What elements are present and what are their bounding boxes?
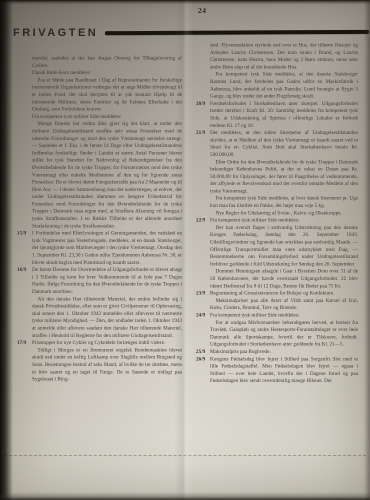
chronicle-entry: 23/9Begrænsning af Grossistavancen for B…	[196, 290, 358, 312]
entry-date: 17/9	[17, 340, 32, 384]
chronicle-entry: mandat, saaledes at der kan drages Omsor…	[17, 55, 182, 70]
entry-paragraph: Der kan overalt flages i sædvanlig Udstr…	[210, 224, 358, 268]
photo-edge-top	[0, 0, 370, 5]
entry-date: 16/9	[17, 267, 32, 340]
entry-paragraph: Nye Regler for Udskæring af Svine-, Kalv…	[210, 210, 358, 217]
chronicle-entry: 25/9Maksimalpris paa Boghvede.	[196, 348, 358, 355]
entry-body: De første Domme for Overtrædelse af Udga…	[32, 267, 182, 340]
entry-body: Fra kompetent tysk militær Side meddeles…	[210, 217, 358, 290]
entry-body: Færdselsforbudet i Storkøbenhavn atter s…	[210, 100, 358, 129]
entry-body: Kongens Fødselsdag blev fejret i Stilhed…	[210, 356, 358, 385]
entry-body: sted. Flyvemaskinen styrtede ned over et…	[210, 42, 358, 100]
masthead: FRIVAGTEN	[13, 26, 369, 39]
entry-body: Begrænsning af Grossistavancen for Bolsj…	[210, 290, 358, 312]
chronicle-entry: Dansk Røde Kors meddeler:Paa et Møde paa…	[17, 70, 182, 114]
chronicle-entry: sted. Flyvemaskinen styrtede ned over et…	[196, 42, 358, 100]
masthead-rule	[105, 30, 369, 35]
scan-scale-wrap: 24 FRIVAGTEN mandat, saaledes at der kan…	[0, 0, 370, 500]
left-column: mandat, saaledes at der kan drages Omsor…	[17, 55, 182, 383]
entry-date: 23/9	[196, 290, 210, 312]
entry-paragraph: Dansk Røde Kors meddeler:	[32, 70, 182, 77]
entry-paragraph: Paa et Møde paa Raadhuset i Dag af Repræ…	[32, 77, 182, 113]
entry-paragraph: Fra kompetent tysk militær Side meddeles…	[210, 312, 358, 319]
entry-paragraph: Færdselsforbudet i Storkøbenhavn atter s…	[210, 100, 358, 129]
paper-perforation-line	[4, 455, 366, 456]
entry-paragraph: mandat, saaledes at der kan drages Omsor…	[32, 55, 182, 70]
entry-date	[196, 42, 210, 100]
entry-body: Dansk Røde Kors meddeler:Paa et Møde paa…	[32, 70, 182, 114]
entry-paragraph: Tidligt i Morges er en firemotoret engel…	[32, 347, 182, 383]
entry-body: Fra kompetent tysk militær Side meddeles…	[210, 312, 358, 348]
entry-body: Maksimalpris paa Boghvede.	[210, 348, 358, 355]
entry-body: Det meddeles, at den sidste Skærpelse af…	[210, 130, 358, 218]
photo-edge-bottom	[0, 492, 370, 500]
entry-paragraph: Begrænsning af Grossistavancen for Bolsj…	[210, 290, 358, 297]
entry-paragraph: Efter Ordre fra den Øverstbefalende for …	[210, 159, 358, 195]
entry-body: Fra kompetent tysk militær Side meddeles…	[32, 113, 182, 230]
entry-date: 20/9	[196, 100, 210, 129]
entry-date: 24/9	[196, 312, 210, 348]
chronicle-entry: 26/9Kongens Fødselsdag blev fejret i Sti…	[196, 356, 358, 385]
entry-paragraph: Maksimalpris paa Boghvede.	[210, 348, 358, 355]
entry-paragraph: Alt den danske Hær tilhørende Materiel, …	[32, 296, 182, 340]
page-number: 24	[198, 7, 207, 16]
entry-paragraph: Fra kompetent tysk militær Side meddeles…	[32, 113, 182, 120]
entry-paragraph: Dommer Henningsen afsagde i Gaar i Byret…	[210, 268, 358, 290]
entry-paragraph: sted. Flyvemaskinen styrtede ned over et…	[210, 42, 358, 71]
photo-edge-left	[0, 0, 13, 500]
entry-paragraph: Fra kompetent tysk Side meddeles, at den…	[210, 71, 358, 100]
entry-paragraph: Maksimalpriser paa alle Arter af Vildt s…	[210, 297, 358, 312]
masthead-title: FRIVAGTEN	[13, 26, 98, 39]
screenshot-root: 24 FRIVAGTEN mandat, saaledes at der kan…	[0, 0, 370, 500]
entry-date	[17, 113, 32, 230]
entry-paragraph: Fra kompetent tysk militær Side meddeles…	[210, 217, 358, 224]
entry-body: I Forbindelse med Efterlysningen af Gern…	[32, 230, 182, 266]
entry-paragraph: De første Domme for Overtrædelse af Udga…	[32, 267, 182, 296]
entry-paragraph: I Forbindelse med Efterlysningen af Gern…	[32, 230, 182, 266]
entry-paragraph: Fra kompetent tysk Side meddeles, at hve…	[210, 195, 358, 210]
entry-date	[17, 55, 32, 70]
entry-body: Prisstoppet for nye Cykler og Cykeldele …	[32, 340, 182, 384]
chronicle-entry: 22/9Fra kompetent tysk militær Side medd…	[196, 217, 358, 290]
chronicle-entry: 17/9Prisstoppet for nye Cykler og Cykeld…	[17, 340, 182, 384]
entry-date: 15/9	[17, 230, 32, 266]
entry-paragraph: Kongens Fødselsdag blev fejret i Stilhed…	[210, 356, 358, 385]
entry-paragraph: Det meddeles, at den sidste Skærpelse af…	[210, 130, 358, 159]
photo-edge-right	[364, 0, 370, 500]
entry-paragraph: Prisstoppet for nye Cykler og Cykeldele …	[32, 340, 182, 347]
chronicle-entry: 16/9De første Domme for Overtrædelse af …	[17, 267, 182, 340]
chronicle-entry: 21/9Det meddeles, at den sidste Skærpels…	[196, 130, 358, 218]
entry-paragraph: For at undgaa Misforstaaelser bekendtgør…	[210, 319, 358, 348]
right-column: sted. Flyvemaskinen styrtede ned over et…	[196, 42, 358, 385]
entry-date	[17, 70, 32, 114]
chronicle-entry: 24/9Fra kompetent tysk militær Side medd…	[196, 312, 358, 348]
entry-body: mandat, saaledes at der kan drages Omsor…	[32, 55, 182, 70]
entry-date: 22/9	[196, 217, 210, 290]
entry-date: 26/9	[196, 356, 210, 385]
chronicle-entry: Fra kompetent tysk militær Side meddeles…	[17, 113, 182, 230]
entry-paragraph: Mange Danske har endnu ikke gjort sig de…	[32, 121, 182, 230]
scanned-page: 24 FRIVAGTEN mandat, saaledes at der kan…	[0, 0, 370, 500]
entry-date: 25/9	[196, 348, 210, 355]
entry-date: 21/9	[196, 130, 210, 218]
chronicle-entry: 15/9I Forbindelse med Efterlysningen af …	[17, 230, 182, 266]
chronicle-entry: 20/9Færdselsforbudet i Storkøbenhavn att…	[196, 100, 358, 129]
